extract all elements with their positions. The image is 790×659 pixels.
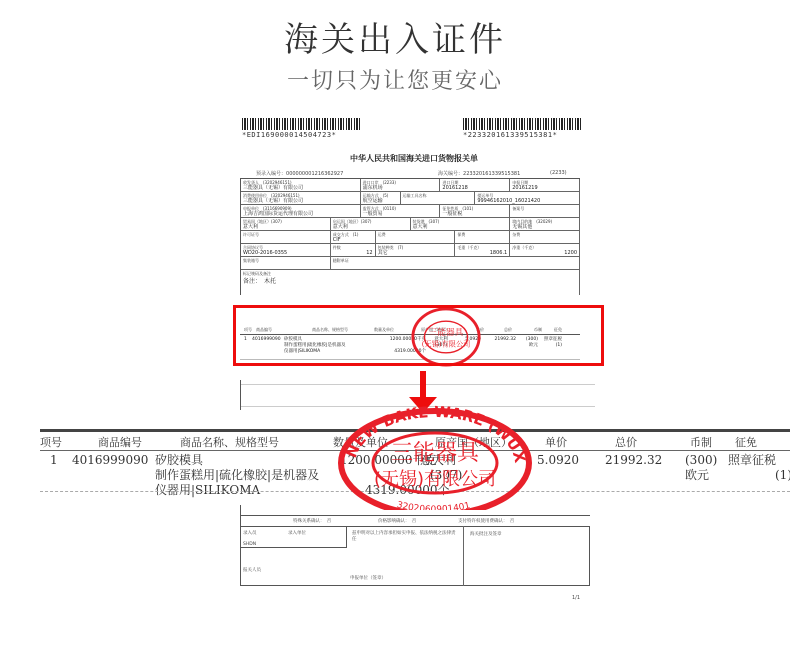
preentry-number: 预录入编号：000000001216362927 [256,170,343,177]
field-value: 航空运输 [363,198,398,204]
col-header: 商品编号 [98,434,142,450]
declarant-cell: 申报单位 (3116690909)上海吉鸿国际货运代理有限公司 [241,205,361,217]
name-line: 矽胶模具 [155,453,203,468]
arrow-head [409,397,437,413]
field-value: CIF [333,237,373,243]
preentry-value: 000000001216362927 [286,171,343,177]
net-weight-cell: 净重（千克）1200 [510,244,580,256]
entry-person-label: 录入员 [243,530,257,536]
field-value: 三能器具（无锡）有限公司 [243,198,358,204]
divider [40,429,790,432]
bill-cell: 提运单号99946162010_16021420 [475,192,580,204]
field-value: 备注： 木托 [243,279,577,285]
field-label: 集装箱号 [243,258,328,263]
declaration-statement: 兹申明对以上内容承担如实申报、依法纳税之法律责任 [352,530,457,542]
import-port-cell: 进口口岸 (2233)浦东机场 [361,179,441,191]
col-header: 总价 [615,434,637,450]
entry-person-value: SHDN [243,542,256,547]
field-value: 20161218 [442,185,507,191]
field-label: 随附单证 [333,258,577,263]
trade-country-cell: 贸易国（地区）(307)意大利 [241,218,331,230]
goods-detail-zoom: 项号 商品编号 商品名称、规格型号 数量及单位 原产国（地区） 单价 总价 币制… [40,425,790,495]
field-value: 三能器具（无锡）有限公司 [243,185,358,191]
royalty-confirm: 支付特许权使用费确认： 否 [458,518,514,524]
currency-line: (300) [685,453,717,468]
field-value: 意大利 [413,224,508,230]
origin-line: (307) [430,468,462,483]
deal-cell: 成交方式 (1)CIF [331,231,376,243]
field-value: 99946162010_16021420 [477,198,577,204]
field-value: 1200 [512,250,577,256]
insurance-cell: 保费 [455,231,510,243]
col-header: 币制 [690,434,712,450]
form-row: 消费使用单位 (3202946151)三能器具（无锡）有限公司 运输方式 (5)… [241,192,580,205]
name-line: 制作蛋糕用|硫化橡胶|是机器及 [155,468,319,483]
barcode-bars [463,118,583,130]
supervision-cell: 监管方式 (0110)一般贸易 [361,205,441,217]
field-value: 上海吉鸿国际货运代理有限公司 [243,211,358,217]
customs-no-label: 海关编号： [438,171,463,177]
pieces-cell: 件数12 [331,244,376,256]
declaration-form: 收发货人 (3202946151)三能器具（无锡）有限公司 进口口岸 (2233… [240,178,580,295]
field-value: 浦东机场 [363,185,438,191]
highlight-box [233,305,604,366]
col-header: 数量及单位 [333,434,388,450]
barcode-right-text: *223320161339515381* [463,131,583,139]
consumer-cell: 消费使用单位 (3202946151)三能器具（无锡）有限公司 [241,192,361,204]
field-value: WD20-2016-0355 [243,250,328,256]
document-footer: 特殊关系确认： 否 价格影响确认： 否 支付特许权使用费确认： 否 录入员 录入… [238,505,590,605]
item-no: 1 [50,453,58,468]
col-header: 项号 [40,434,62,450]
docs-cell: 随附单证 [331,257,580,269]
barcode-right: *223320161339515381* [463,118,583,138]
entry-unit-label: 录入单位 [288,530,306,536]
field-value: 无锡其他 [512,224,577,230]
tax-nature-cell: 征免性质 (101)一般征税 [440,205,510,217]
customs-code: (2233) [550,170,567,176]
form-row: 收发货人 (3202946151)三能器具（无锡）有限公司 进口口岸 (2233… [241,179,580,192]
col-header: 原产国（地区） [435,434,512,450]
field-value: 12 [333,250,373,256]
tax-line: 照章征税 [728,453,776,468]
vehicle-cell: 运输工具名称 [401,192,476,204]
origin-line: 意大利 [420,453,456,468]
col-header: 征免 [735,434,757,450]
customs-number: 海关编号：223320161339515381 [438,170,520,177]
import-date-cell: 进口日期20161218 [440,179,510,191]
down-arrow-icon [413,371,433,413]
field-value: 1806.1 [457,250,507,256]
field-value: 意大利 [333,224,408,230]
package-cell: 包装种类 (7)其它 [376,244,456,256]
declare-date-cell: 申报日期20161219 [510,179,580,191]
transport-cell: 运输方式 (5)航空运输 [361,192,401,204]
origin-country-cell: 启运国（地区）(307)意大利 [331,218,411,230]
field-label: 运输工具名称 [403,193,473,198]
divider [463,526,464,586]
field-value: 20161219 [512,185,577,191]
page-number: 1/1 [572,595,580,601]
destination-cell: 境内目的地 (32029)无锡其他 [510,218,580,230]
form-row: 申报单位 (3116690909)上海吉鸿国际货运代理有限公司 监管方式 (01… [241,205,580,218]
price-impact-confirm: 价格影响确认： 否 [378,518,416,524]
form-row: 许可证号 成交方式 (1)CIF 运费 保费 杂费 [241,231,580,244]
hero-subtitle: 一切只为让您更安心 [0,64,790,95]
form-row: 标记唛码及备注备注： 木托 [241,270,580,295]
field-label: 备案号 [512,206,577,211]
contract-cell: 合同协议号WD20-2016-0355 [241,244,331,256]
barcode-bars [242,118,362,130]
col-header: 单价 [545,434,567,450]
loading-port-cell: 装货港 (307)意大利 [411,218,511,230]
special-relation-confirm: 特殊关系确认： 否 [293,518,331,524]
form-row: 集装箱号 随附单证 [241,257,580,270]
arrow-shaft [420,371,426,399]
license-cell: 许可证号 [241,231,331,243]
record-cell: 备案号 [510,205,580,217]
divider [240,515,590,516]
field-value: 一般征税 [442,211,507,217]
goods-header-zoom: 项号 商品编号 商品名称、规格型号 数量及单位 原产国（地区） 单价 总价 币制… [40,434,790,450]
currency-line: 欧元 [685,468,709,483]
customs-no-value: 223320161339515381 [463,171,520,177]
misc-cell: 杂费 [510,231,580,243]
total-price: 21992.32 [605,453,662,468]
hero-title: 海关出入证件 [0,12,790,61]
field-value: 其它 [378,250,453,256]
tax-line: (1) [775,468,790,483]
field-label: 标记唛码及备注 [243,271,577,276]
unit-price: 5.0920 [537,453,579,468]
field-value: 意大利 [243,224,328,230]
declarer-label: 报关人员 [243,567,261,573]
form-row: 贸易国（地区）(307)意大利 启运国（地区）(307)意大利 装货港 (307… [241,218,580,231]
declare-unit-label: 申报单位（签章） [350,575,386,581]
consignee-cell: 收发货人 (3202946151)三能器具（无锡）有限公司 [241,179,361,191]
field-value: 一般贸易 [363,211,438,217]
barcode-left-text: *EDI169000014504723* [242,131,362,139]
divider [40,450,790,451]
form-row: 合同协议号WD20-2016-0355 件数12 包装种类 (7)其它 毛重（千… [241,244,580,257]
field-label: 保费 [457,232,507,237]
field-label: 许可证号 [243,232,328,237]
field-label: 运费 [378,232,453,237]
preentry-label: 预录入编号： [256,171,286,177]
marks-cell: 标记唛码及备注备注： 木托 [241,270,580,295]
document-title: 中华人民共和国海关进口货物报关单 [238,153,590,164]
barcode-left: *EDI169000014504723* [242,118,362,138]
customs-remarks-label: 海关批注及签章 [470,531,502,537]
gross-weight-cell: 毛重（千克）1806.1 [455,244,510,256]
hs-code: 4016999090 [72,453,148,468]
freight-cell: 运费 [376,231,456,243]
divider [40,491,790,492]
field-label: 杂费 [512,232,577,237]
container-cell: 集装箱号 [241,257,331,269]
col-header: 商品名称、规格型号 [180,434,279,450]
